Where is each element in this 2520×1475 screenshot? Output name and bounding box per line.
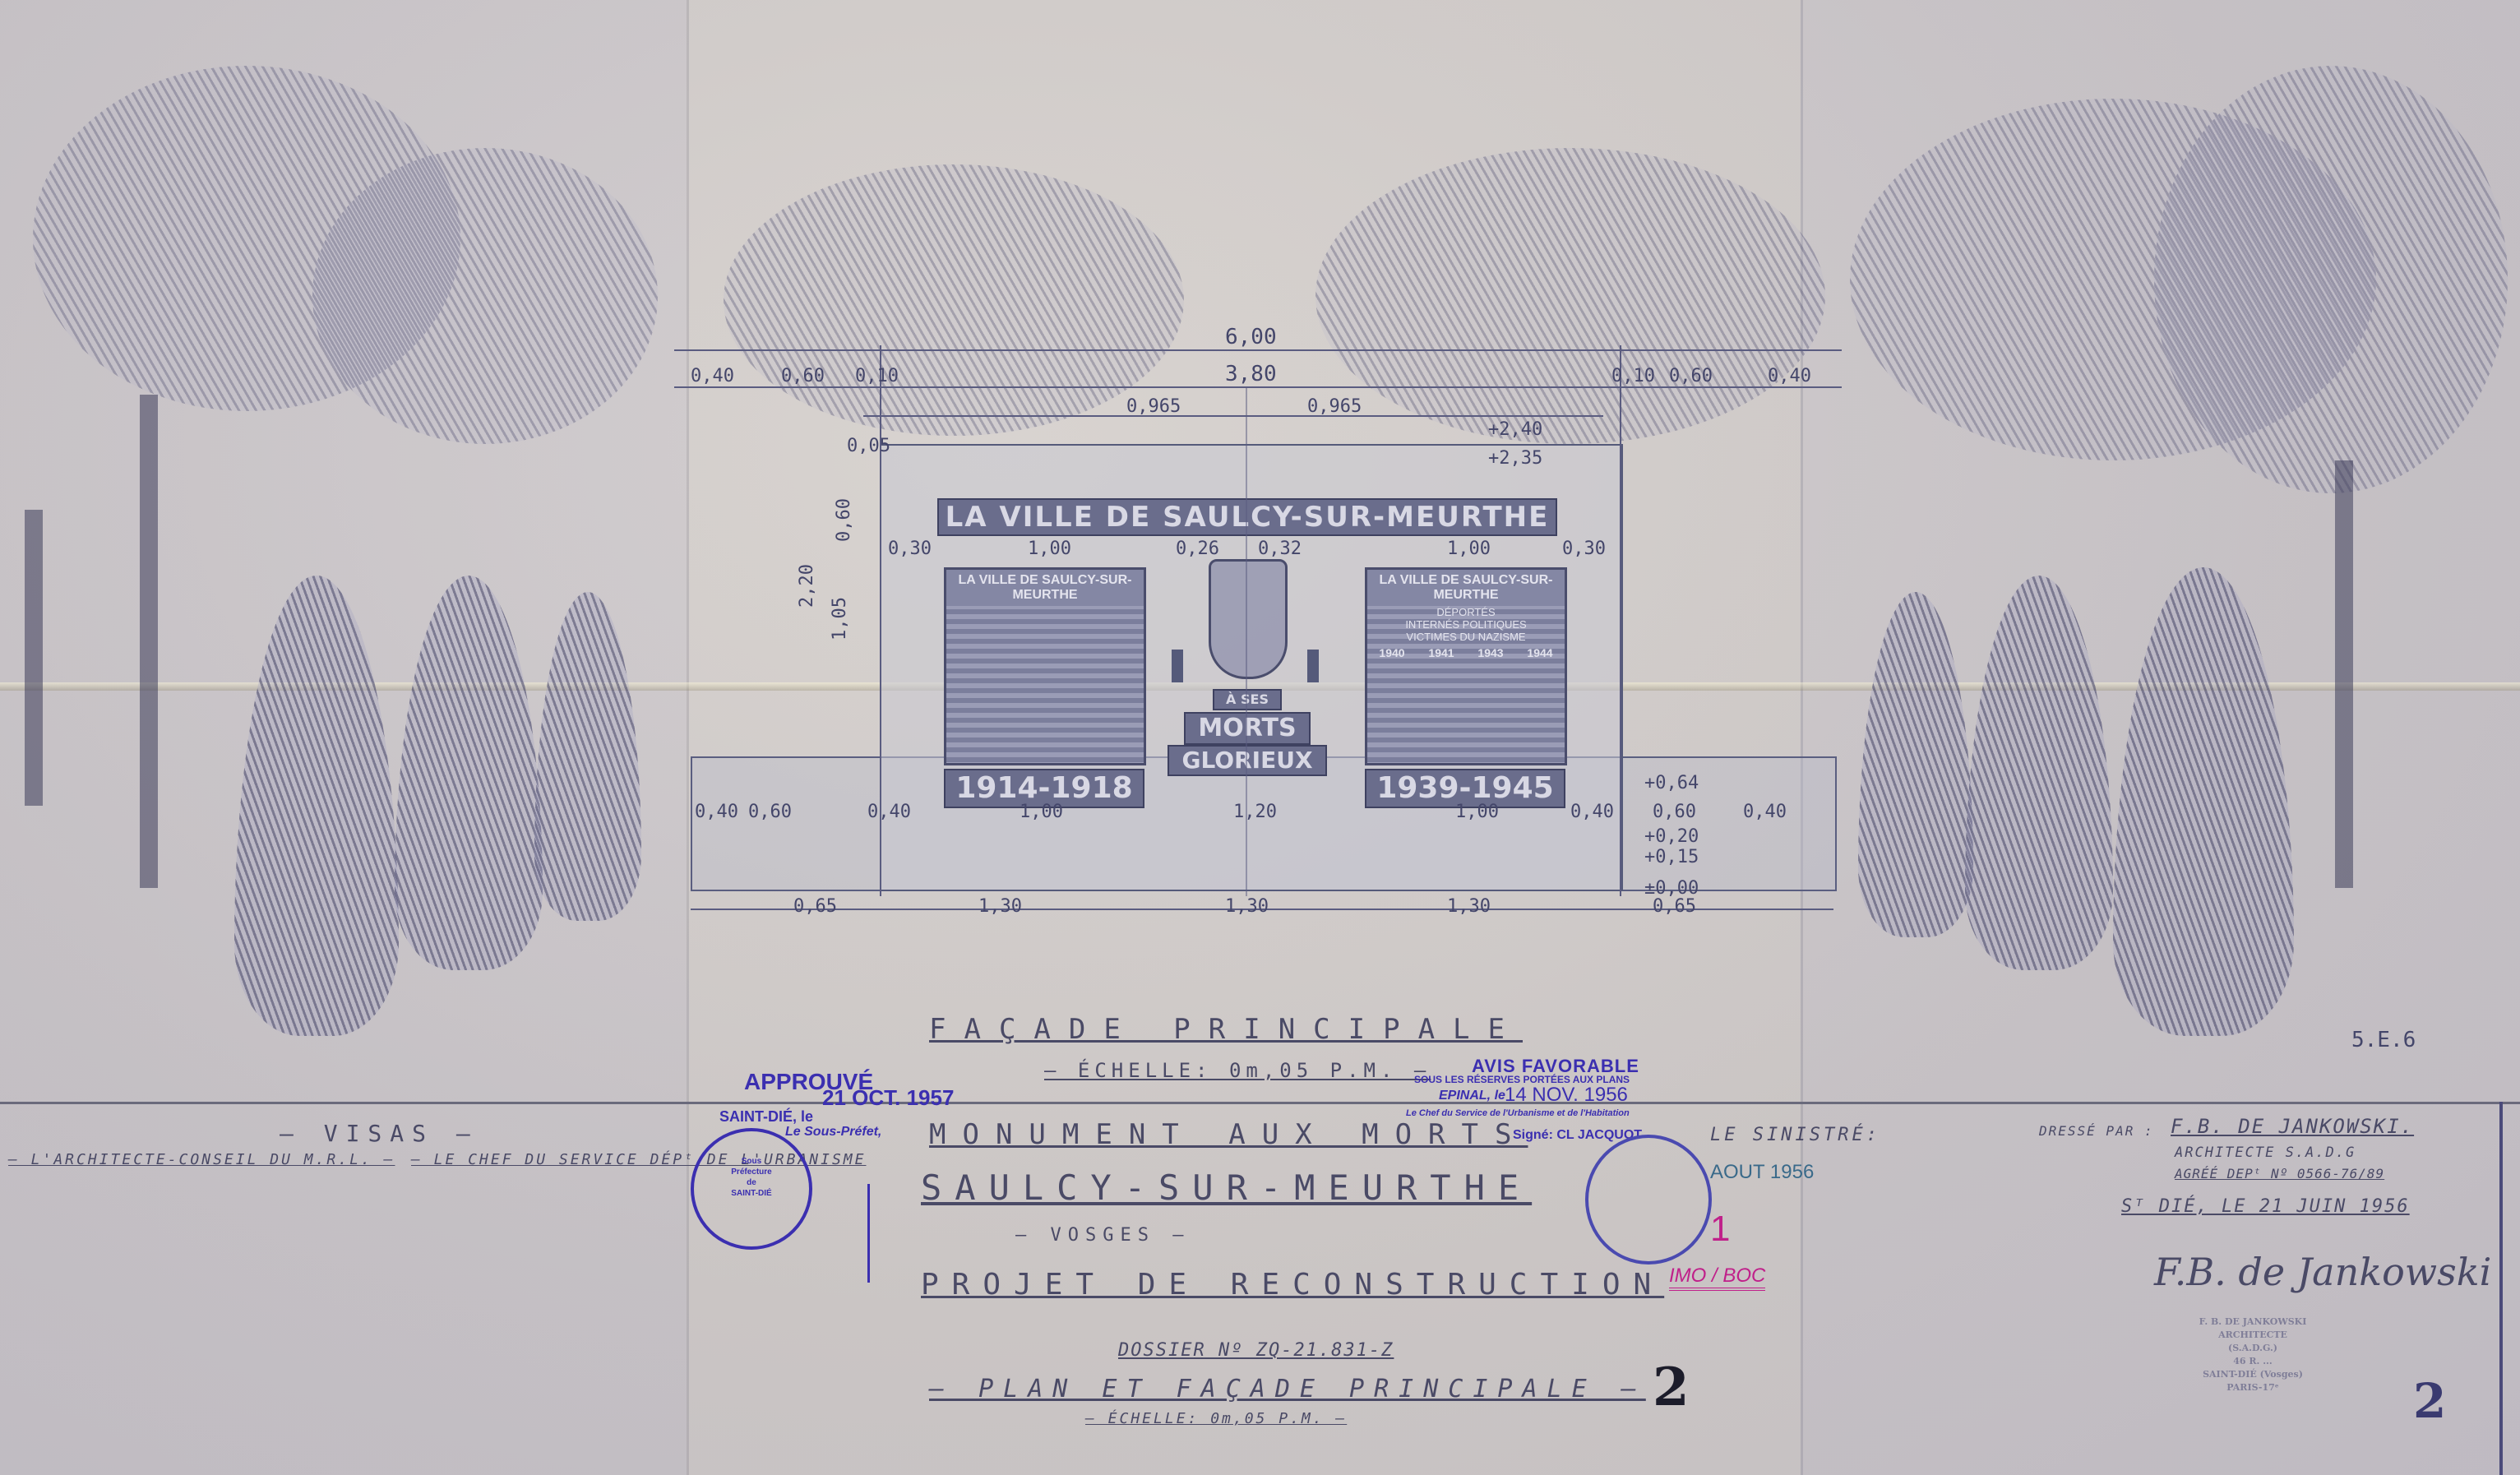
dim-label: 0,40 [867,802,911,822]
dim-label: 1,00 [1455,802,1499,822]
sinistre-label: LE SINISTRÉ: [1710,1125,1880,1145]
level-label: +2,40 [1488,419,1542,440]
stamp-mairie-date: AOUT 1956 [1710,1161,1814,1184]
dim-label: 0,40 [695,802,738,822]
dim-height: 0,60 [834,498,854,542]
project-line-1: MONUMENT AUX MORTS [929,1118,1528,1151]
dim-label: 1,00 [1020,802,1063,822]
plaque-sub-2: INTERNÉS POLITIQUES [1367,618,1565,631]
project-line-3: PROJET DE RECONSTRUCTION [921,1268,1664,1302]
author-place-date: Sᵀ DIÉ, LE 21 JUIN 1956 [2121,1196,2410,1217]
dim-label: 0,60 [1653,802,1696,822]
sheet-number: 2 [1653,1357,1690,1418]
signature-stroke [867,1184,870,1283]
medal-icon [1307,650,1319,682]
stamp-favorable-place: EPINAL, le [1439,1089,1505,1103]
level-label: +0,20 [1644,826,1699,847]
author-stamp: F. B. DE JANKOWSKI ARCHITECTE (S.A.D.G.)… [2187,1315,2319,1394]
tree-center-right-canopy [1315,148,1825,444]
author-agreement: AGRÉÉ DEPᵗ Nº 0566-76/89 [2175,1166,2384,1181]
seal-line: SAINT-DIÉ [694,1188,809,1199]
dim-label: 0,10 [1611,366,1655,386]
tree-far-right-canopy [2154,66,2508,493]
level-label: +0,64 [1644,773,1699,793]
author-label: DRESSÉ PAR : [2039,1123,2154,1139]
seal-republique-francaise: Sous Préfecture de SAINT-DIÉ [691,1128,812,1250]
dim-label: 0,965 [1307,396,1362,417]
seal-center-text: Sous Préfecture de SAINT-DIÉ [694,1156,809,1199]
subtitle-scale: — ÉCHELLE: 0m,05 P.M. — [1085,1410,1347,1427]
author-title: ARCHITECTE S.A.D.G [2175,1144,2356,1161]
seal-line: de [694,1177,809,1188]
stamp-favorable-date: 14 NOV. 1956 [1505,1084,1628,1107]
dim-label: 0,40 [1570,802,1614,822]
plaque-year: 1940 [1379,646,1404,659]
stamp-approved-role: Le Sous-Préfet, [785,1125,881,1140]
inscription-glorieux: GLORIEUX [1168,745,1327,776]
corner-mark: 5.E.6 [2351,1028,2416,1052]
dim-inner: 3,80 [1225,362,1277,386]
dim-label: 1,00 [1028,539,1071,559]
stamp-line: 46 R. ... [2187,1355,2319,1368]
dim-label: 1,30 [1225,896,1269,917]
dim-label: 0,60 [781,366,825,386]
dim-label: 0,40 [691,366,734,386]
dim-overall: 6,00 [1225,325,1277,349]
stamp-line: SAINT-DIÉ (Vosges) [2187,1368,2319,1381]
stamp-line: PARIS-17ᵉ [2187,1381,2319,1394]
stamp-approved-date: 21 OCT. 1957 [822,1085,954,1111]
dim-height: 1,05 [830,597,850,640]
stamp-approved-place: SAINT-DIÉ, le [719,1108,813,1126]
dim-label: 0,60 [1669,366,1713,386]
tree-trunk [25,510,43,806]
seal-line: Préfecture [694,1167,809,1177]
dim-height: 0,05 [847,436,890,456]
author-signature: F.B. de Jankowski [2154,1250,2491,1294]
dim-label: 1,20 [1233,802,1277,822]
tree-center-left-canopy [724,164,1184,436]
subtitle-plan-facade: — PLAN ET FAÇADE PRINCIPALE — [929,1375,1646,1403]
tree-trunk [2335,460,2353,888]
seal-line: Sous [694,1156,809,1167]
dim-label: 0,60 [748,802,792,822]
plaque-heading: LA VILLE DE SAULCY-SUR-MEURTHE [946,570,1144,606]
level-label: +2,35 [1488,448,1542,469]
sheet-number-corner: 2 [2413,1373,2446,1429]
title-block-separator [0,1102,2520,1104]
right-names-plaque: LA VILLE DE SAULCY-SUR-MEURTHE DÉPORTÉS … [1365,567,1567,765]
fold-line-left [687,0,689,1475]
dim-label: 0,32 [1258,539,1302,559]
pink-code: IMO / BOC [1669,1265,1765,1291]
author-name: F.B. DE JANKOWSKI. [2171,1115,2414,1138]
dim-label: 0,965 [1126,396,1181,417]
visas-heading: — VISAS — [280,1120,479,1147]
dim-height: 2,20 [797,564,817,608]
plaque-year: 1944 [1527,646,1552,659]
dim-label: 0,40 [1743,802,1787,822]
plaque-sub-3: VICTIMES DU NAZISME [1367,631,1565,643]
dim-label: 0,40 [1768,366,1811,386]
project-line-2: SAULCY-SUR-MEURTHE [921,1168,1532,1208]
dim-label: 0,10 [855,366,899,386]
title-facade: FAÇADE PRINCIPALE [929,1013,1523,1046]
plaque-year: 1943 [1477,646,1503,659]
dimension-line-center [863,415,1603,417]
stamp-line: F. B. DE JANKOWSKI [2187,1315,2319,1329]
plaque-sub-1: DÉPORTÉS [1367,606,1565,618]
fold-line-right [1801,0,1803,1475]
inscription-a-ses: À SES [1213,689,1282,710]
left-names-plaque: LA VILLE DE SAULCY-SUR-MEURTHE [944,567,1146,765]
dimension-extension [1620,345,1621,896]
tree-trunk [140,395,158,888]
dim-label: 0,65 [793,896,837,917]
pink-number: 1 [1710,1209,1730,1250]
title-block-right-border [2499,1102,2503,1475]
stamp-line: (S.A.D.G.) [2187,1342,2319,1355]
medal-icon [1172,650,1183,682]
title-scale: — ÉCHELLE: 0m,05 P.M. — [1044,1059,1431,1082]
tree-left-canopy-2 [312,148,658,444]
visa-architect-label: — L'ARCHITECTE-CONSEIL DU M.R.L. — [8,1151,395,1168]
dim-label: 0,65 [1653,896,1696,917]
dim-label: 0,30 [888,539,932,559]
project-region: — VOSGES — [1015,1225,1190,1246]
plaque-heading: LA VILLE DE SAULCY-SUR-MEURTHE [1367,570,1565,606]
dim-label: 1,00 [1447,539,1491,559]
seal-mairie [1585,1135,1712,1265]
dimension-line-inner [674,386,1842,388]
stamp-favorable-role: Le Chef du Service de l'Urbanisme et de … [1406,1108,1630,1118]
inscription-morts: MORTS [1184,712,1311,745]
dim-label: 1,30 [978,896,1022,917]
stamp-line: ARCHITECTE [2187,1329,2319,1342]
monument-top-banner: LA VILLE DE SAULCY-SUR-MEURTHE [937,498,1557,536]
plaque-year: 1941 [1428,646,1454,659]
dim-label: 0,30 [1562,539,1606,559]
dossier-number: DOSSIER Nº ZQ-21.831-Z [1118,1340,1394,1361]
dimension-line-overall [674,349,1842,351]
coat-of-arms-icon [1209,559,1288,679]
level-label: +0,15 [1644,847,1699,867]
dim-label: 0,26 [1176,539,1219,559]
dim-label: 1,30 [1447,896,1491,917]
